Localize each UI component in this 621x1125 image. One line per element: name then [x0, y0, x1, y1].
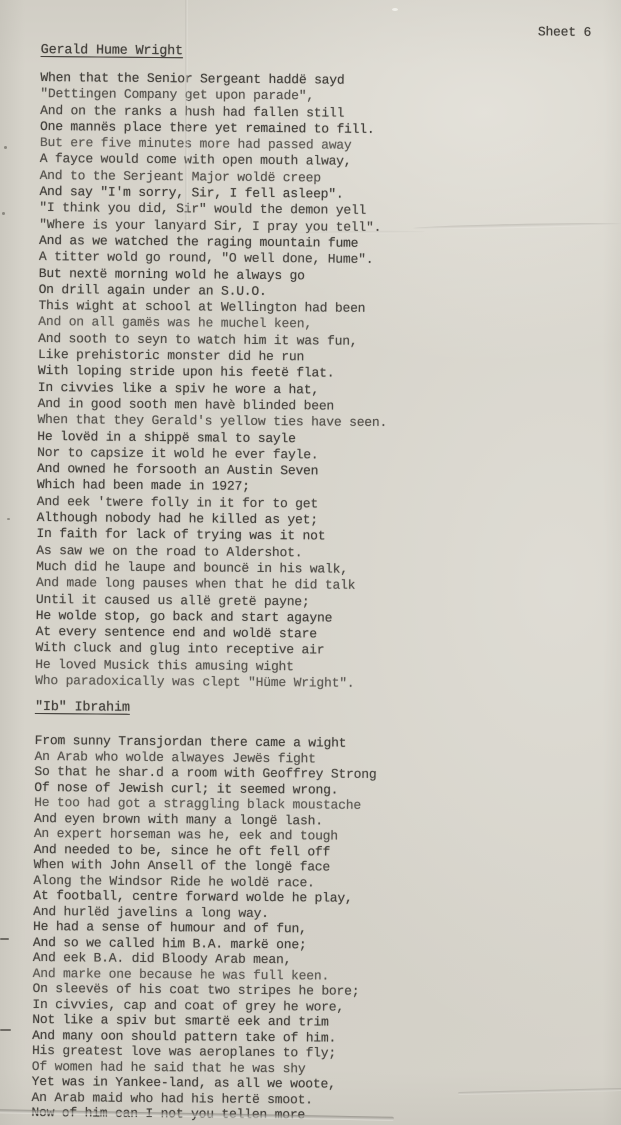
paper-speck — [392, 8, 398, 11]
paper-edge-mark — [0, 1029, 11, 1031]
paper-edge-mark — [0, 938, 9, 940]
paper-speck — [7, 518, 10, 520]
poem-section-gerald-hume-wright: Gerald Hume Wright When that the Senior … — [35, 40, 603, 694]
poem-title-ib-ibrahim: "Ib" Ibrahim — [35, 700, 130, 716]
poem-section-ib-ibrahim: "Ib" Ibrahim From sunny Transjordan ther… — [31, 697, 597, 1125]
poem-lines-ib-ibrahim: From sunny Transjordan there came a wigh… — [31, 733, 596, 1125]
paper-speck — [4, 146, 7, 149]
poem-title-gerald-hume-wright: Gerald Hume Wright — [41, 43, 183, 59]
poem-lines-gerald-hume-wright: When that the Senior Sergeant haddë sayd… — [35, 70, 602, 694]
paper-speck — [2, 212, 5, 215]
document-page: Sheet 6 Gerald Hume Wright When that the… — [0, 0, 621, 1125]
typed-content: Sheet 6 Gerald Hume Wright When that the… — [31, 16, 603, 1125]
sheet-number: Sheet 6 — [538, 24, 591, 39]
